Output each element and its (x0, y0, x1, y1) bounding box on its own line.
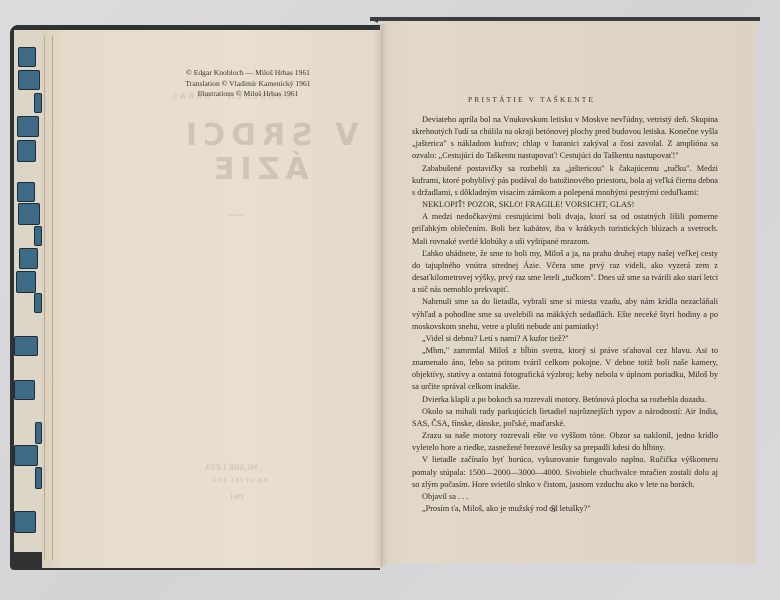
copyright-line-translation: Translation © Vladimír Kamenický 1961 (168, 79, 328, 90)
paragraph-sign-text: NEKLOPIŤ! POZOR, SKLO! FRAGILE! VORSICHT… (412, 199, 718, 211)
showthrough-title-line2: ÁZIE (208, 152, 309, 187)
showthrough-title-line1: V SRDCI (180, 118, 358, 153)
left-page (42, 30, 382, 568)
binding-coil (19, 248, 38, 269)
paragraph: Nahrnuli sme sa do lietadla, vybrali sme… (412, 296, 718, 332)
binding-coil (14, 511, 36, 533)
binding-coil (35, 467, 42, 489)
paragraph: Okolo sa mihali rady parkujúcich lietadi… (412, 406, 718, 430)
paragraph: Deviateho apríla bol na Vnukovskom letis… (412, 114, 718, 163)
showthrough-dash: —— (228, 210, 244, 219)
binding-coil (34, 226, 42, 246)
binding-coil (18, 203, 40, 225)
paragraph: „Videl si debnu? Letí s nami? A kufor ti… (412, 333, 718, 345)
page-number: 5 (551, 504, 556, 514)
binding-coil (35, 422, 42, 444)
paragraph: Zrazu sa naše motory rozrevali ešte vo v… (412, 430, 718, 454)
copyright-line-illustrations: Illustrations © Miloš Hrbas 1961 (168, 89, 328, 100)
paragraph: „Mhm," zamrmlal Miloš z hĺbin svetra, kt… (412, 345, 718, 394)
chapter-title: PRISTÁTIE V TAŠKENTE (468, 95, 595, 104)
binding-coil (34, 93, 42, 113)
page-edge-line (52, 36, 53, 560)
binding-coil (14, 380, 35, 400)
binding-coil (14, 336, 38, 356)
paragraph: Dvierka klapli a po bokoch sa rozrevali … (412, 394, 718, 406)
binding-coil (14, 445, 38, 466)
showthrough-publisher-city: BRATISLAVA (210, 478, 267, 484)
binding-coil (18, 70, 40, 90)
binding-coil (17, 182, 35, 202)
copyright-notice: © Edgar Knobloch — Miloš Hrbas 1961 Tran… (168, 68, 328, 100)
paragraph: Ľahko uhádnete, že sme to boli my, Miloš… (412, 248, 718, 297)
binding-coil (17, 140, 36, 162)
binding-coil (34, 293, 42, 313)
paragraph: V lietadle začínalo byť horúco, vykurova… (412, 454, 718, 490)
binding-coil (18, 47, 36, 67)
showthrough-publisher: MLADÉ LÉTA (205, 463, 258, 472)
page-edge-line (44, 36, 45, 560)
gutter-shadow (372, 24, 388, 566)
spiral-binding (14, 30, 42, 552)
paragraph: A medzi nedočkavými cestujúcimi boli dva… (412, 211, 718, 247)
binding-coil (16, 271, 36, 293)
paragraph: „Prosím ťa, Miloš, ako je mužský rod od … (412, 503, 718, 515)
paragraph: Objavil sa . . . (412, 491, 718, 503)
cover-corner-mark (372, 17, 378, 23)
paragraph: Zababušené postavičky sa rozbehli za „ja… (412, 163, 718, 199)
binding-coil (17, 116, 39, 137)
chapter-body: Deviateho apríla bol na Vnukovskom letis… (412, 114, 718, 515)
showthrough-year: 1961 (230, 493, 244, 501)
copyright-line-author: © Edgar Knobloch — Miloš Hrbas 1961 (168, 68, 328, 79)
